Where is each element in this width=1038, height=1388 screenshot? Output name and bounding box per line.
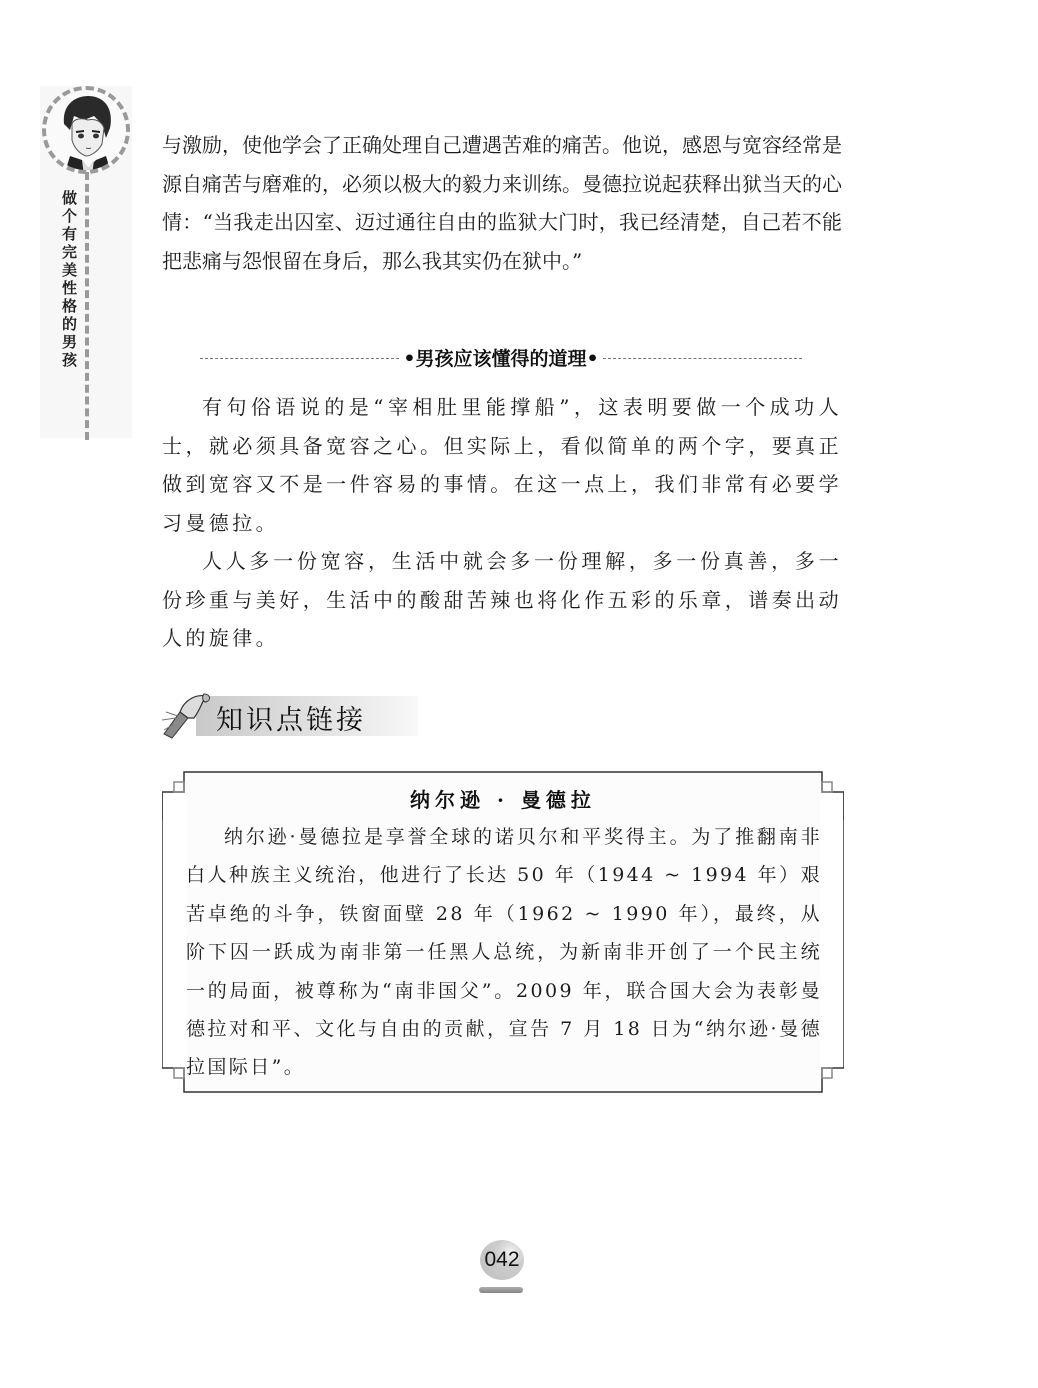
book-title-vertical: 做个有完美性格的男孩 — [56, 190, 80, 370]
page-number-shadow — [479, 1287, 523, 1293]
avatar — [42, 86, 130, 174]
story-paragraph: 与激励，使他学会了正确处理自己遭遇苦难的痛苦。他说，感恩与宽容经常是源自痛苦与磨… — [162, 126, 842, 280]
lesson-paragraph-2: 人人多一份宽容，生活中就会多一份理解，多一份真善，多一份珍重与美好，生活中的酸甜… — [162, 542, 842, 658]
info-box-title: 纳尔逊 · 曼德拉 — [162, 784, 844, 813]
lesson-paragraph-1: 有句俗语说的是“宰相肚里能撑船”，这表明要做一个成功人士，就必须具备宽容之心。但… — [162, 388, 842, 542]
lesson-heading: •男孩应该懂得的道理• — [200, 342, 802, 372]
scroll-icon — [160, 690, 216, 740]
knowledge-link-banner: 知识点链接 — [160, 690, 418, 740]
dotted-rule-left — [200, 358, 399, 359]
banner-label: 知识点链接 — [216, 698, 366, 737]
lesson-heading-title: •男孩应该懂得的道理• — [399, 344, 602, 371]
knowledge-info-box: 纳尔逊 · 曼德拉 纳尔逊·曼德拉是享誉全球的诺贝尔和平奖得主。为了推翻南非白人… — [162, 770, 844, 1096]
dotted-rule-right — [603, 358, 802, 359]
anime-boy-portrait-icon — [54, 94, 120, 174]
info-box-text: 纳尔逊·曼德拉是享誉全球的诺贝尔和平奖得主。为了推翻南非白人种族主义统治，他进行… — [186, 818, 822, 1087]
sidebar-dashed-line — [85, 172, 89, 440]
page-number: 042 — [480, 1240, 524, 1280]
